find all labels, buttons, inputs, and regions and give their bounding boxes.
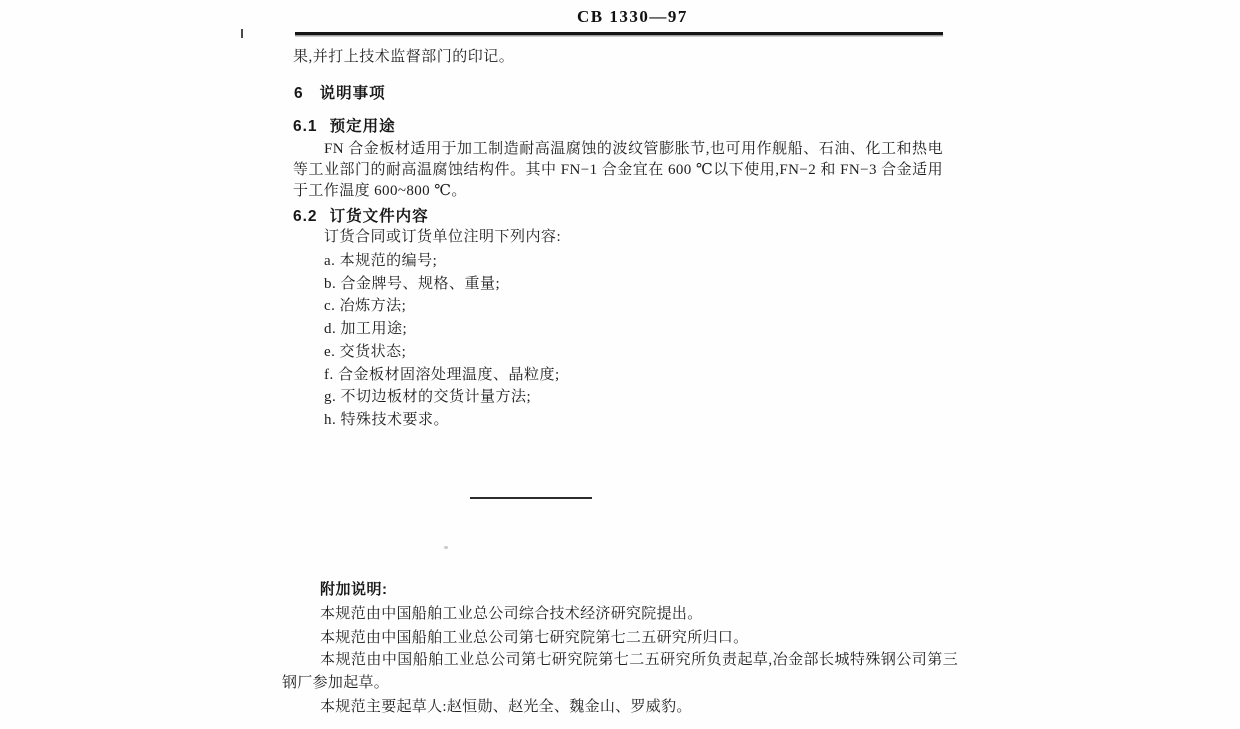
section-6-1-paragraph: FN 合金板材适用于加工制造耐高温腐蚀的波纹管膨胀节,也可用作舰船、石油、化工和… [293,139,943,202]
section-6-1-heading: 6.1预定用途 [293,114,396,136]
list-item: g. 不切边板材的交货计量方法; [293,386,943,409]
appendix-managed-by: 本规范由中国船舶工业总公司第七研究院第七二五研究所归口。 [320,626,748,647]
section-6-1-title: 预定用途 [330,118,396,135]
section-6-title: 说明事项 [320,85,386,102]
scan-artifact-mark [241,29,243,38]
section-6-2-number: 6.2 [293,208,318,226]
carryover-line: 果,并打上技术监督部门的印记。 [293,47,514,67]
section-6-heading: 6说明事项 [294,81,386,103]
scan-speck [444,546,448,549]
section-6-1-number: 6.1 [293,118,318,136]
appendix-drafters: 本规范主要起草人:赵恒勋、赵光全、魏金山、罗威豹。 [320,695,692,716]
appendix-title: 附加说明: [320,578,388,599]
order-content-list: a. 本规范的编号; b. 合金牌号、规格、重量; c. 冶炼方法; d. 加工… [293,250,943,432]
list-item: b. 合金牌号、规格、重量; [293,273,943,296]
scanned-standard-page: CB 1330—97 果,并打上技术监督部门的印记。 6说明事项 6.1预定用途… [0,0,1240,729]
section-divider-rule [470,497,592,499]
section-6-2-lead: 订货合同或订货单位注明下列内容: [293,227,561,247]
doc-number: CB 1330—97 [577,7,688,27]
section-6-number: 6 [294,85,304,103]
section-6-2-heading: 6.2订货文件内容 [293,204,429,226]
appendix-proposed-by: 本规范由中国船舶工业总公司综合技术经济研究院提出。 [320,602,703,623]
list-item: h. 特殊技术要求。 [293,409,943,432]
header-rule [295,32,943,35]
appendix-drafted-by: 本规范由中国船舶工业总公司第七研究院第七二五研究所负责起草,冶金部长城特殊钢公司… [282,649,958,694]
list-item: e. 交货状态; [293,341,943,364]
list-item: f. 合金板材固溶处理温度、晶粒度; [293,364,943,387]
list-item: c. 冶炼方法; [293,295,943,318]
list-item: d. 加工用途; [293,318,943,341]
list-item: a. 本规范的编号; [293,250,943,273]
section-6-2-title: 订货文件内容 [330,208,429,225]
